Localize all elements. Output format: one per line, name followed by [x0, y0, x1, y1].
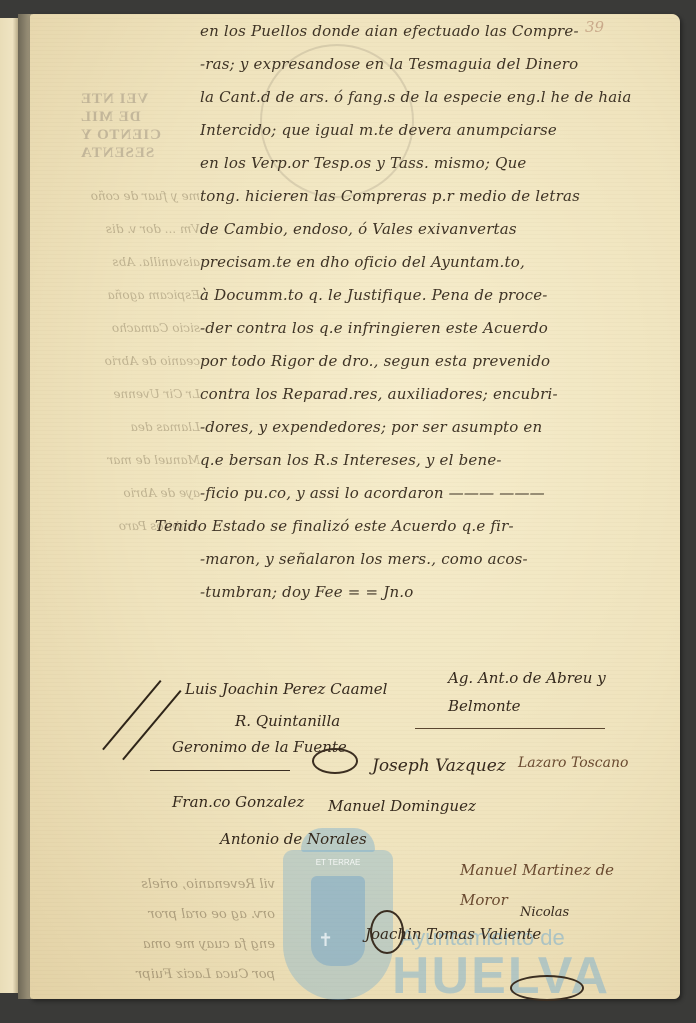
text-line: -maron, y señalaron los mers., como acos… [200, 543, 680, 576]
watermark-motto: ET TERRAE [283, 858, 393, 867]
bleed-line: vil Revenanio, oriels [45, 870, 275, 900]
mirrored-tax-stamp: VEI NTE DE MIL CIENTO Y SESENTA [80, 90, 220, 162]
shield-inner [311, 876, 365, 966]
signature-rule [150, 770, 290, 771]
bleed-line: sicio Camacho [60, 312, 200, 345]
text-line: por todo Rigor de dro., segun esta preve… [200, 345, 680, 378]
signature: Antonio de Norales [220, 830, 367, 848]
previous-page-edge [0, 18, 18, 993]
text-line: precisam.te en dho oficio del Ayuntam.to… [200, 246, 680, 279]
stamp-line: DE MIL [80, 108, 220, 126]
bleed-line: Lr Cir Uvenne [60, 378, 200, 411]
text-line: q.e bersan los R.s Intereses, y el bene- [200, 444, 680, 477]
text-line: en los Verp.or Tesp.os y Tass. mismo; Qu… [200, 147, 680, 180]
text-line: -ras; y expresandose en la Tesmaguia del… [200, 48, 680, 81]
signature-rule [415, 728, 605, 729]
text-line: Intercido; que igual m.te devera anumpci… [200, 114, 680, 147]
bleed-line: ceanio de Abrio [60, 345, 200, 378]
bleed-line: Espicam agoña [60, 279, 200, 312]
stamp-line: CIENTO Y SESENTA [80, 126, 220, 162]
bleed-line: me y fuar de coño [60, 180, 200, 213]
cross-icon: ✝ [318, 930, 333, 951]
text-line: -ficio pu.co, y assi lo acordaron ——— ——… [200, 477, 680, 510]
signature: Luis Joachin Perez Caamel [185, 680, 387, 698]
text-line: -tumbran; doy Fee = = Jn.o [200, 576, 680, 609]
bleed-line: por Cuca Laciz Fuipr [45, 960, 275, 990]
signature: Ag. Ant.o de Abreu y Belmonte [448, 664, 658, 720]
text-line: à Documm.to q. le Justifique. Pena de pr… [200, 279, 680, 312]
text-line: contra los Reparad.res, auxiliadores; en… [200, 378, 680, 411]
bleed-line: eng fa cuay me oma [45, 930, 275, 960]
text-line: -dores, y expendedores; por ser asumpto … [200, 411, 680, 444]
text-line: la Cant.d de ars. ó fang.s de la especie… [200, 81, 680, 114]
bleed-line: aye de Abrio [60, 477, 200, 510]
signature: Nicolas [520, 905, 569, 920]
bleed-line: Llamas dea [60, 411, 200, 444]
manuscript-body: en los Puellos donde aian efectuado las … [200, 15, 680, 609]
text-line: Tenido Estado se finalizó este Acuerdo q… [155, 510, 680, 543]
signature: R. Quintanilla [235, 712, 340, 730]
signature: Joseph Vazquez [372, 756, 506, 776]
stamp-line: VEI NTE [80, 90, 220, 108]
signature-flourish [312, 748, 358, 774]
bleed-line: aisvanilla. Abs [60, 246, 200, 279]
text-line: tong. hicieren las Compreras p.r medio d… [200, 180, 680, 213]
bleed-line: Manuel de mar [60, 444, 200, 477]
text-line: -der contra los q.e infringieren este Ac… [200, 312, 680, 345]
signature: Lazaro Toscano [518, 755, 628, 771]
signature-flourish [370, 910, 404, 954]
bleed-through-bottom: vil Revenanio, oriels orv. ag oe oral pr… [45, 870, 275, 990]
bleed-through-text: me y fuar de coño Vm ... dor v. dis aisv… [60, 180, 200, 543]
signature-flourish [510, 975, 584, 1001]
bleed-line: Vm ... dor v. dis [60, 213, 200, 246]
signature: Fran.co Gonzalez [172, 793, 304, 811]
text-line: de Cambio, endoso, ó Vales exivanvertas [200, 213, 680, 246]
text-line: en los Puellos donde aian efectuado las … [200, 15, 680, 48]
bleed-line: orv. ag oe oral pror [45, 900, 275, 930]
signature: Manuel Dominguez [328, 797, 476, 815]
